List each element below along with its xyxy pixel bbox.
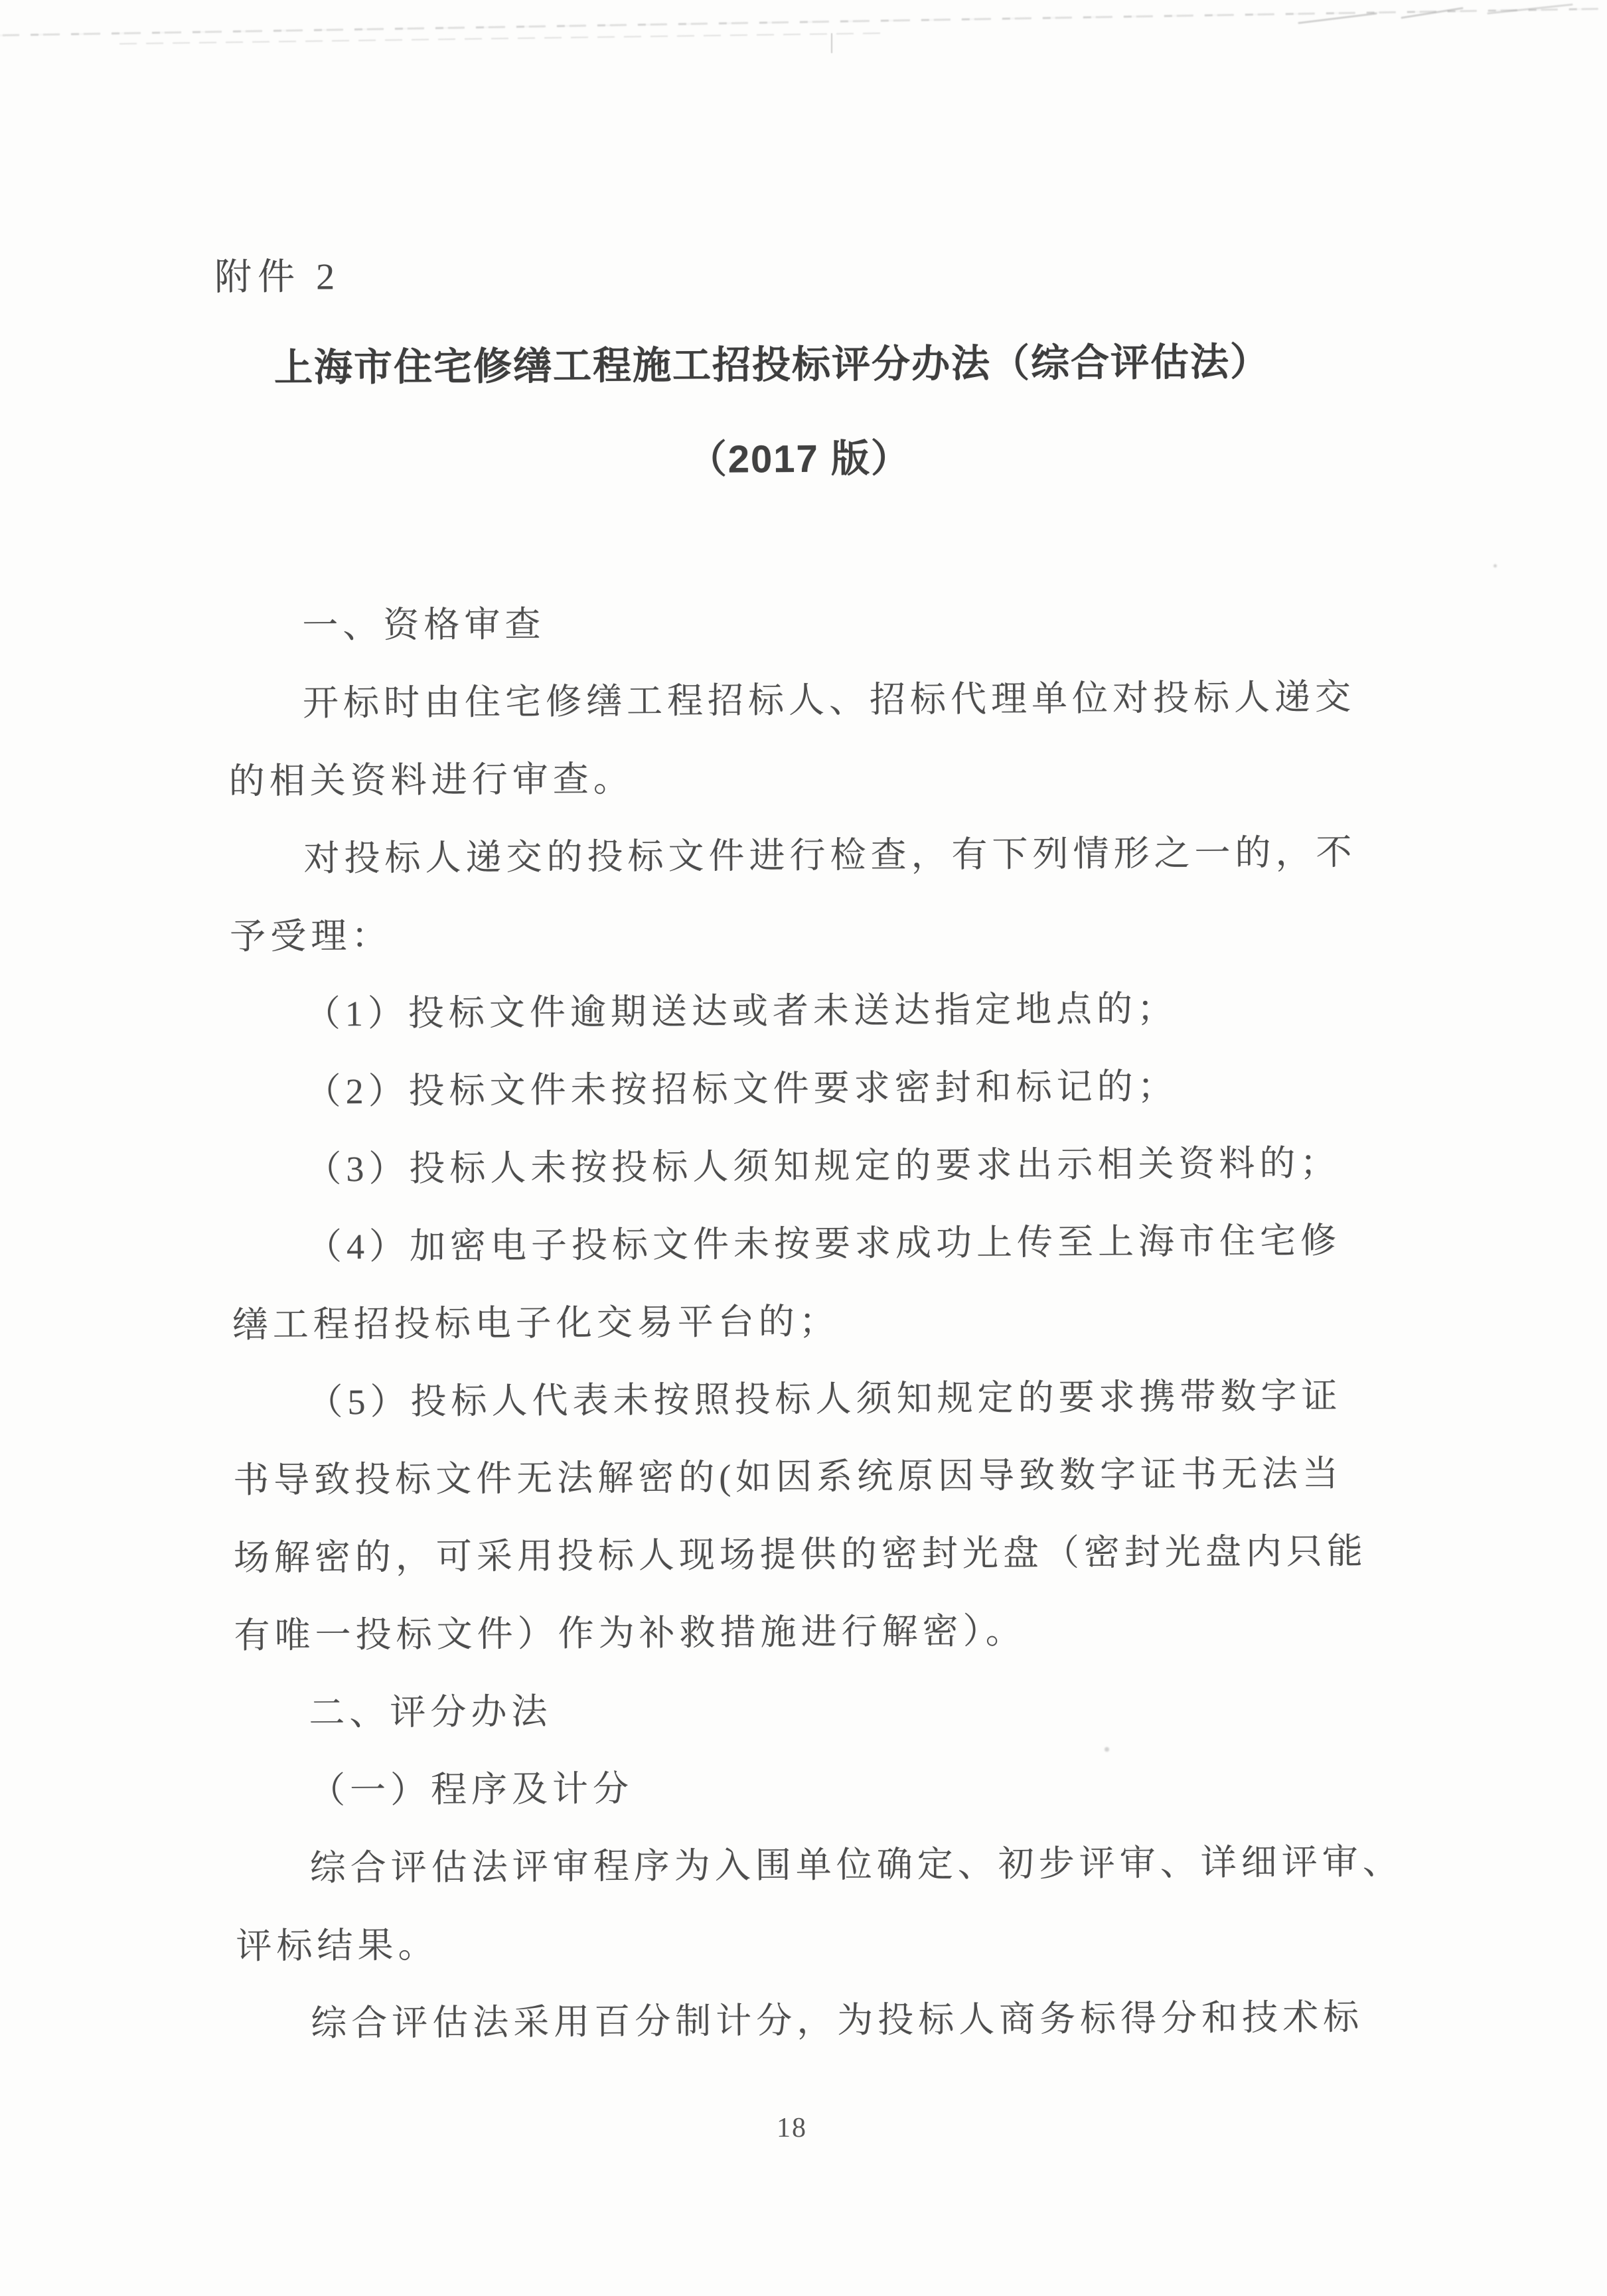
body-line: 缮工程招投标电子化交易平台的； [232,1280,1367,1364]
document-title: 上海市住宅修缮工程施工招投标评分办法（综合评估法） [0,329,1549,394]
body-line: 有唯一投标文件）作为补救措施进行解密）。 [234,1590,1369,1675]
body-line: （2）投标文件未按招标文件要求密封和标记的； [230,1047,1366,1131]
page-content: 附件 2 上海市住宅修缮工程施工招投标评分办法（综合评估法） （2017 版） … [0,0,1607,2296]
body-line: （3）投标人未按投标人须知规定的要求出示相关资料的； [231,1124,1367,1209]
body-line: 一、资格审查 [228,581,1363,665]
body-line: 开标时由住宅修缮工程招标人、招标代理单位对投标人递交 [228,658,1364,743]
body-line: （4）加密电子投标文件未按要求成功上传至上海市住宅修 [232,1202,1367,1286]
body-line: 二、评分办法 [234,1668,1370,1752]
body-line: 评标结果。 [236,1901,1371,1985]
page-number: 18 [759,2112,825,2144]
body-line: 予受理： [230,891,1365,976]
edition-subtitle: （2017 版） [0,423,1603,489]
body-line: 场解密的，可采用投标人现场提供的密封光盘（密封光盘内只能 [234,1513,1369,1597]
body-line: 综合评估法评审程序为入围单位确定、初步评审、详细评审、 [235,1823,1371,1908]
document-page: 附件 2 上海市住宅修缮工程施工招投标评分办法（综合评估法） （2017 版） … [0,0,1607,2296]
body-line: （1）投标文件逾期送达或者未送达指定地点的； [230,969,1366,1053]
body-line: （一）程序及计分 [235,1746,1371,1830]
body-line: 综合评估法采用百分制计分，为投标人商务标得分和技术标 [236,1979,1372,2063]
body-line: （5）投标人代表未按照投标人须知规定的要求携带数字证 [232,1357,1368,1442]
attachment-label: 附件 2 [214,247,341,301]
document-body: 一、资格审查开标时由住宅修缮工程招标人、招标代理单位对投标人递交的相关资料进行审… [228,581,1372,2063]
body-line: 对投标人递交的投标文件进行检查，有下列情形之一的，不 [229,814,1365,898]
body-line: 的相关资料进行审查。 [228,736,1364,820]
body-line: 书导致投标文件无法解密的(如因系统原因导致数字证书无法当 [233,1435,1369,1519]
